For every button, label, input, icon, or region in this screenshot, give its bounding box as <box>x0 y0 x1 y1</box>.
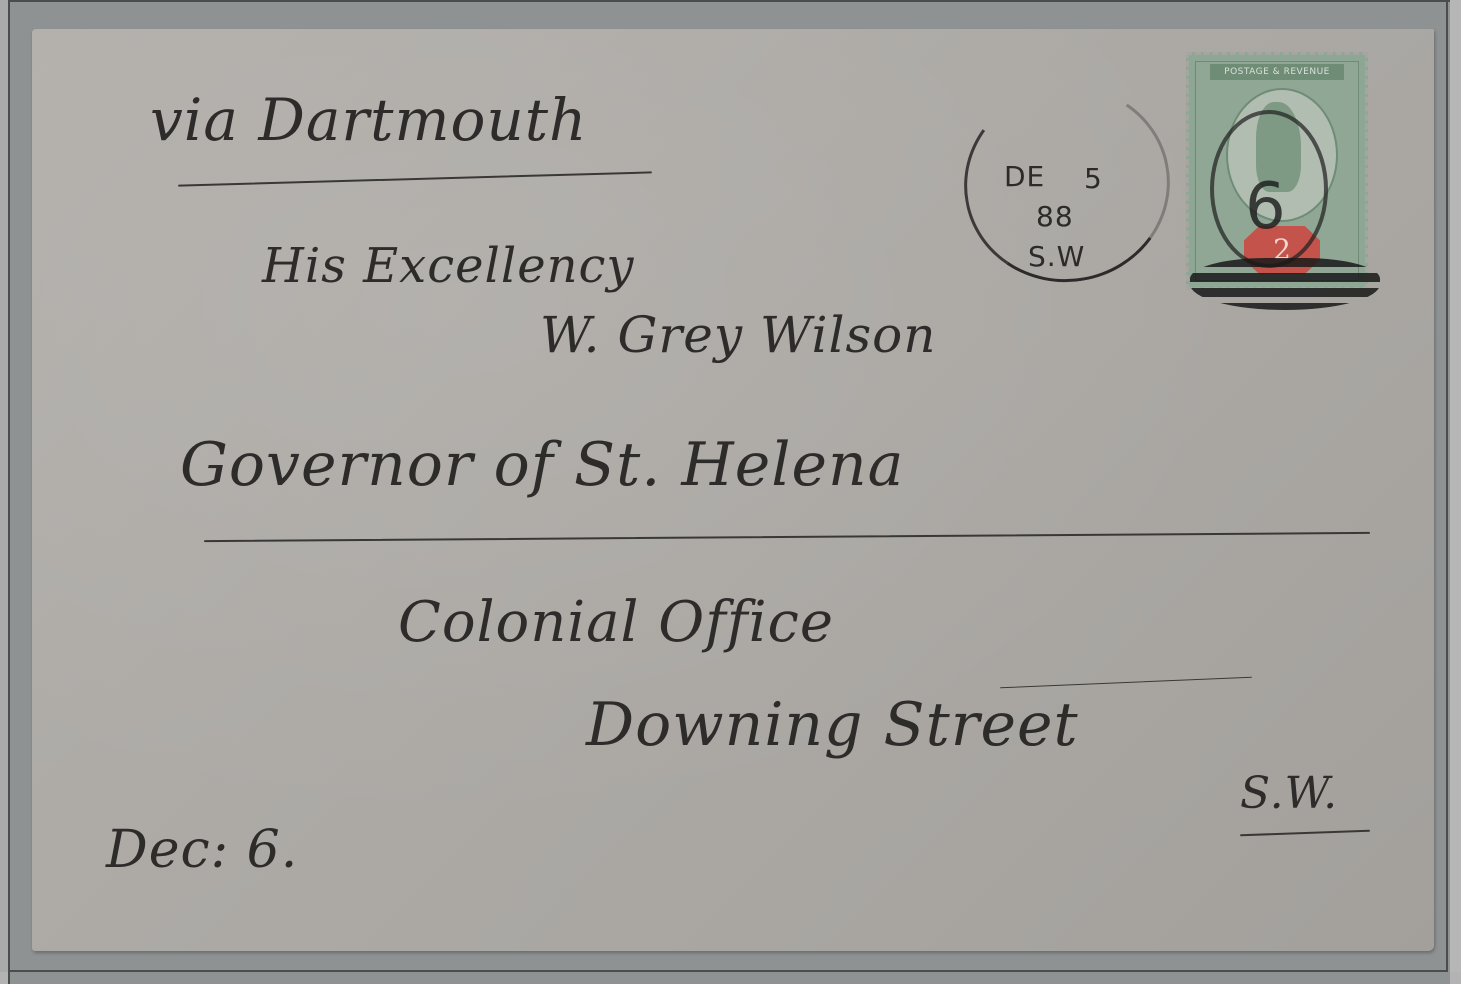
address-line-name: W. Grey Wilson <box>540 306 936 364</box>
frame-edge <box>1446 0 1448 972</box>
stamp-header: POSTAGE & REVENUE <box>1210 64 1344 80</box>
address-line-office: Governor of St. Helena <box>180 430 904 500</box>
address-line-district: S.W. <box>1240 768 1338 819</box>
postmark-month: DE <box>1004 160 1045 193</box>
date-note: Dec: 6. <box>106 820 298 880</box>
postmark-year: 88 <box>1036 200 1074 233</box>
frame-edge <box>8 970 1448 972</box>
address-line-title: His Excellency <box>262 238 635 294</box>
routing-note: via Dartmouth <box>150 86 587 154</box>
postmark-day: 5 <box>1084 162 1103 195</box>
cancellation-number: 6 <box>1245 170 1286 244</box>
cancellation-bars <box>1190 258 1380 310</box>
address-line-street: Downing Street <box>586 690 1079 760</box>
address-line-department: Colonial Office <box>398 590 834 655</box>
postmark-district: S.W <box>1028 240 1085 273</box>
